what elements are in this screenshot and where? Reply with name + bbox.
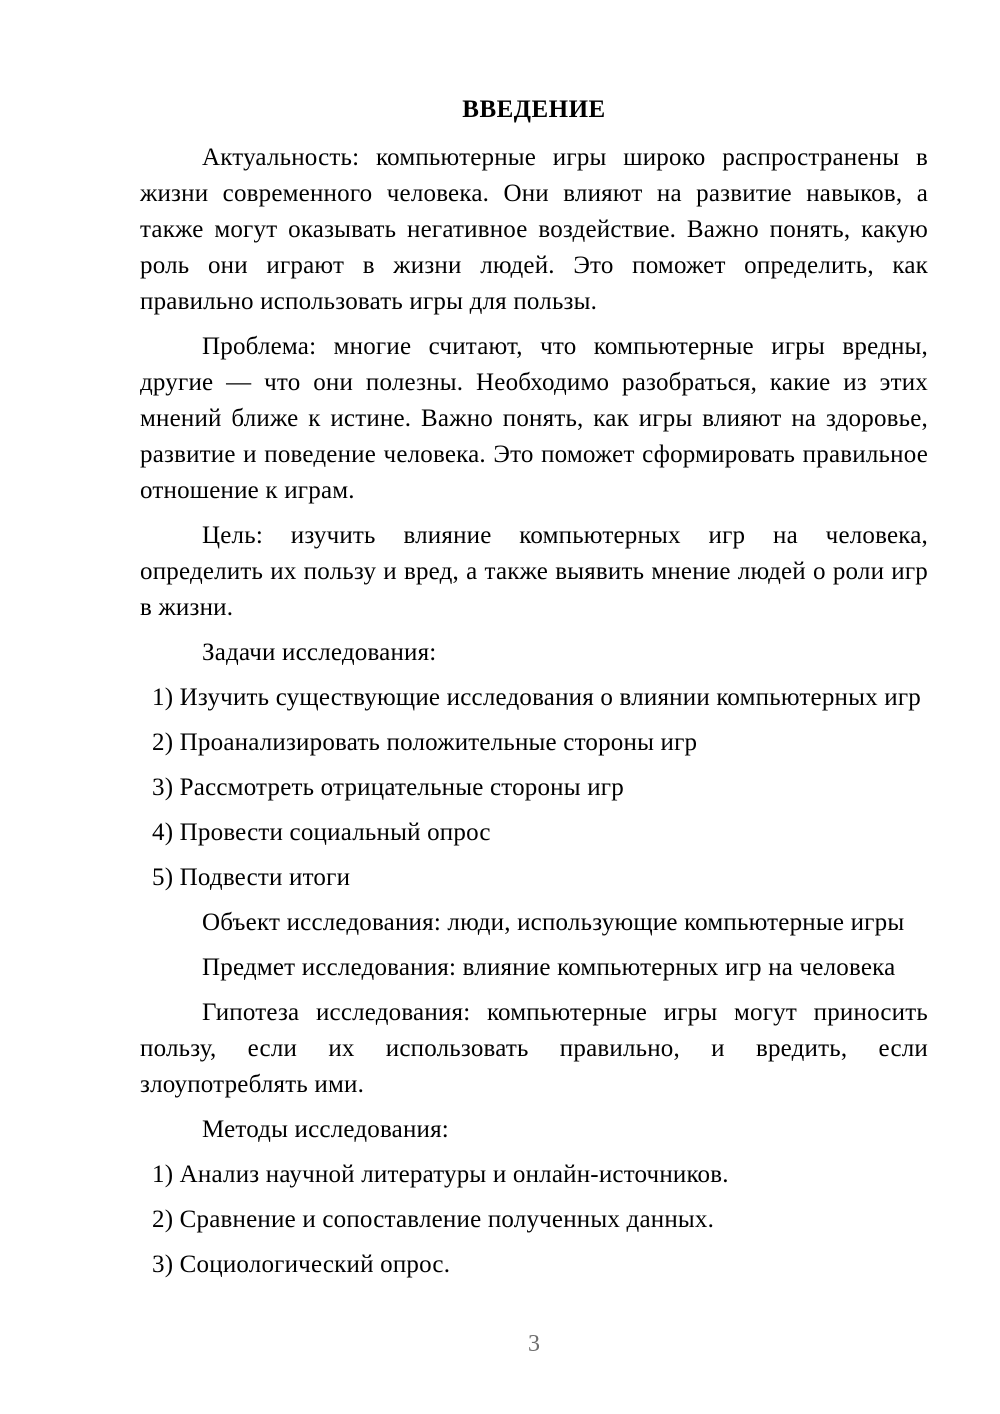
document-page: ВВЕДЕНИЕ Актуальность: компьютерные игры…	[0, 0, 1000, 1414]
paragraph: Гипотеза исследования: компьютерные игры…	[140, 995, 928, 1103]
list-item: 2) Проанализировать положительные сторон…	[140, 725, 928, 761]
document-body: Актуальность: компьютерные игры широко р…	[140, 140, 928, 1283]
paragraph: Задачи исследования:	[140, 635, 928, 671]
list-item: 1) Анализ научной литературы и онлайн-ис…	[140, 1157, 928, 1193]
list-item: 5) Подвести итоги	[140, 860, 928, 896]
page-title: ВВЕДЕНИЕ	[140, 92, 928, 128]
list-item: 4) Провести социальный опрос	[140, 815, 928, 851]
list-item: 3) Рассмотреть отрицательные стороны игр	[140, 770, 928, 806]
page-number: 3	[140, 1326, 928, 1362]
paragraph: Предмет исследования: влияние компьютерн…	[140, 950, 928, 986]
paragraph: Методы исследования:	[140, 1112, 928, 1148]
paragraph: Актуальность: компьютерные игры широко р…	[140, 140, 928, 320]
list-item: 1) Изучить существующие исследования о в…	[140, 680, 928, 716]
list-item: 2) Сравнение и сопоставление полученных …	[140, 1202, 928, 1238]
list-item: 3) Социологический опрос.	[140, 1247, 928, 1283]
paragraph: Цель: изучить влияние компьютерных игр н…	[140, 518, 928, 626]
paragraph: Объект исследования: люди, использующие …	[140, 905, 928, 941]
paragraph: Проблема: многие считают, что компьютерн…	[140, 329, 928, 509]
